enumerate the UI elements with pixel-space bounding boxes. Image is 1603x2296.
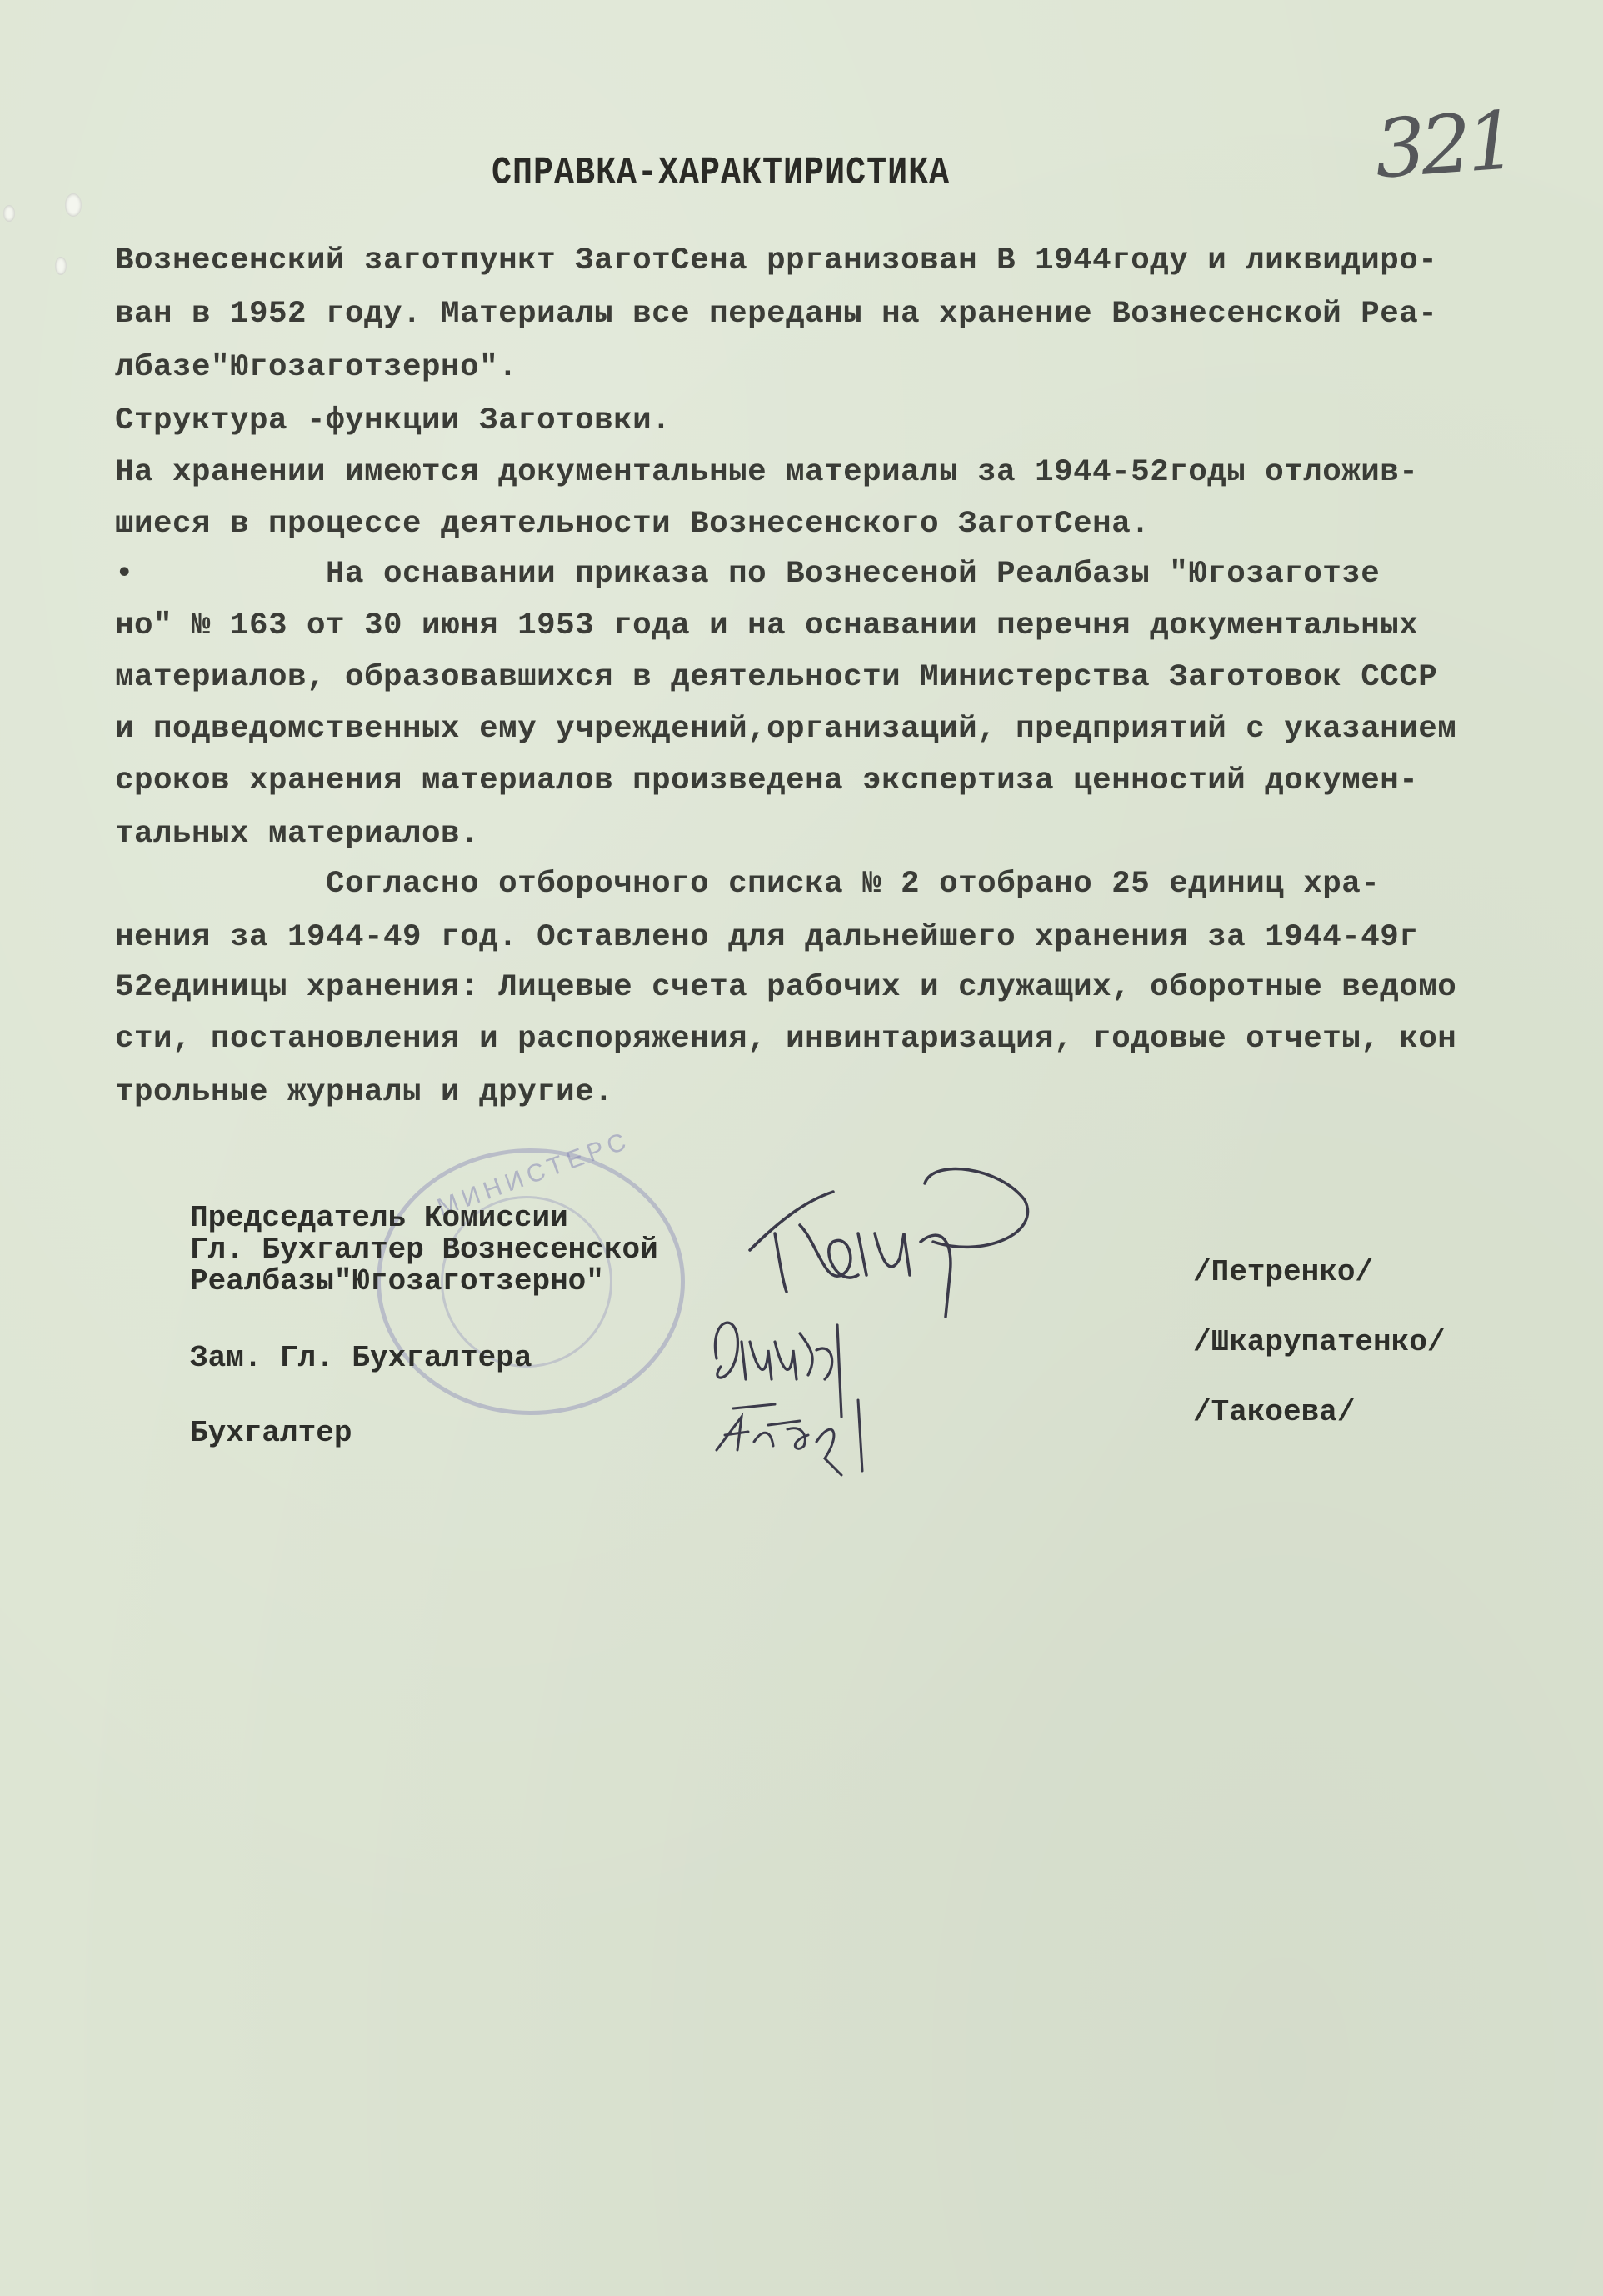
text-line: сти, постановления и распоряжения, инвин…	[115, 1022, 1456, 1057]
text-line: но" № 163 от 30 июня 1953 года и на осна…	[115, 608, 1418, 643]
punch-hole-mark	[3, 205, 15, 222]
handwritten-signature-takoeva	[708, 1383, 925, 1483]
text-line: На хранении имеются документальные матер…	[115, 455, 1418, 490]
signatory-name-petrenko: /Петренко/	[1193, 1255, 1373, 1289]
text-line: 52единицы хранения: Лицевые счета рабочи…	[115, 970, 1456, 1005]
text-line: Вознесенский заготпункт ЗаготСена рргани…	[115, 243, 1437, 278]
document-title: СПРАВКА-ХАРАКТИРИСТИКА	[492, 153, 950, 196]
text-line: Согласно отборочного списка № 2 отобрано…	[115, 867, 1380, 902]
punch-hole-mark	[65, 193, 82, 217]
signatory-title-chief-accountant: Гл. Бухгалтер Вознесенской	[190, 1233, 658, 1267]
text-line: нения за 1944-49 год. Оставлено для даль…	[115, 920, 1418, 955]
text-line: тальных материалов.	[115, 817, 479, 852]
handwritten-signature-petrenko	[733, 1150, 1066, 1317]
signatory-title-organization: Реалбазы"Югозаготзерно"	[190, 1265, 604, 1298]
text-line: трольные журналы и другие.	[115, 1075, 613, 1110]
signatory-title-chairman: Председатель Комиссии	[190, 1202, 568, 1235]
text-line: Структура -функции Заготовки.	[115, 403, 671, 438]
text-line: и подведомственных ему учреждений,органи…	[115, 712, 1456, 747]
signatory-name-takoeva: /Такоева/	[1193, 1395, 1355, 1429]
text-line: ван в 1952 году. Материалы все переданы …	[115, 297, 1437, 332]
signatory-title-accountant: Бухгалтер	[190, 1417, 352, 1450]
punch-hole-mark	[55, 257, 67, 275]
text-line: • На оснавании приказа по Вознесеной Реа…	[115, 557, 1380, 592]
text-line: шиеся в процессе деятельности Вознесенск…	[115, 507, 1150, 542]
text-line: лбазе"Югозаготзерно".	[115, 350, 517, 385]
text-line: сроков хранения материалов произведена э…	[115, 763, 1418, 798]
handwritten-page-number: 321	[1371, 93, 1516, 196]
text-line: материалов, образовавшихся в деятельност…	[115, 660, 1437, 695]
signatory-name-shkarupatenko: /Шкарупатенко/	[1193, 1325, 1445, 1359]
paper-background	[0, 0, 1603, 2296]
signatory-title-deputy-accountant: Зам. Гл. Бухгалтера	[190, 1342, 532, 1375]
